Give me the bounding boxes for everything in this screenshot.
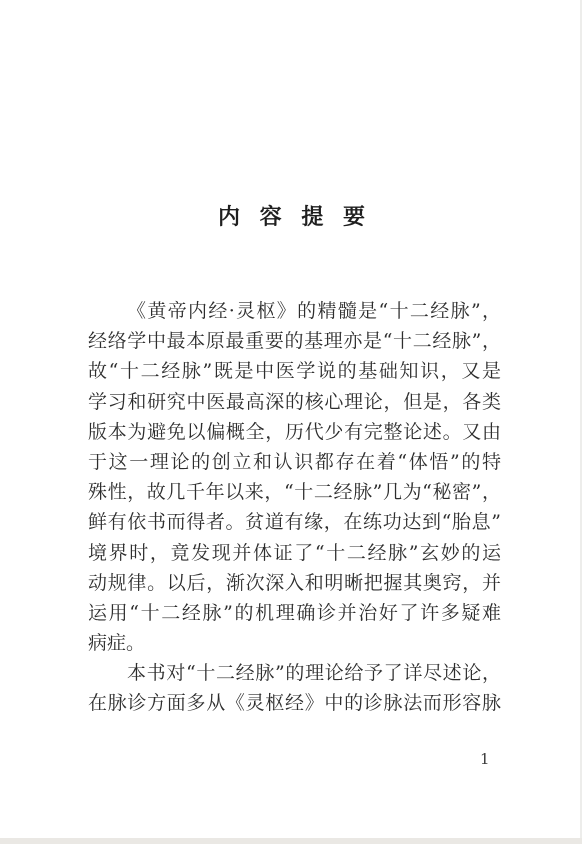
text-line: 殊性，故几千年以来，“十二经脉”几为“秘密”， [88,477,501,507]
text-line: 病症。 [88,628,501,658]
text-line: 动规律。以后，渐次深入和明晰把握其奥窍，并 [88,568,501,598]
text-line: 《黄帝内经·灵枢》的精髓是“十二经脉”， [88,296,501,326]
text-line: 经络学中最本原最重要的基理亦是“十二经脉”， [88,326,501,356]
body-text: 《黄帝内经·灵枢》的精髓是“十二经脉”， 经络学中最本原最重要的基理亦是“十二经… [88,296,501,719]
page-number: 1 [480,750,490,768]
text-line: 在脉诊方面多从《灵枢经》中的诊脉法而形容脉 [88,688,501,718]
text-line: 运用“十二经脉”的机理确诊并治好了许多疑难 [88,598,501,628]
text-line: 于这一理论的创立和认识都存在着“体悟”的特 [88,447,501,477]
text-line: 版本为避免以偏概全，历代少有完整论述。又由 [88,417,501,447]
page-edge-shadow [0,838,582,844]
text-line: 鲜有依书而得者。贫道有缘，在练功达到“胎息” [88,507,501,537]
text-line: 境界时，竟发现并体证了“十二经脉”玄妙的运 [88,538,501,568]
text-line: 故“十二经脉”既是中医学说的基础知识，又是 [88,356,501,386]
text-line: 本书对“十二经脉”的理论给予了详尽述论， [88,658,501,688]
section-title: 内 容 提 要 [88,200,501,231]
book-page: 内 容 提 要 《黄帝内经·灵枢》的精髓是“十二经脉”， 经络学中最本原最重要的… [0,0,582,844]
text-line: 学习和研究中医最高深的核心理论，但是，各类 [88,387,501,417]
